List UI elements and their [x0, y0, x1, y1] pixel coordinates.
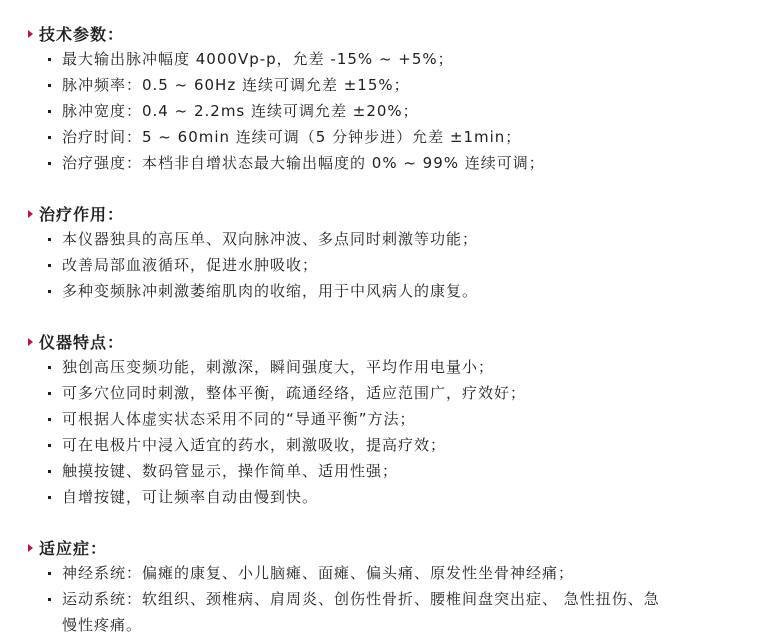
- list-item-text: 自增按键，可让频率自动由慢到快。: [62, 484, 318, 510]
- list-item-text: 治疗时间：5 ~ 60min 连续可调（5 分钟步进）允差 ±1min；: [62, 124, 521, 150]
- bullet-square-icon: [48, 418, 51, 421]
- bullet-square-icon: [48, 264, 51, 267]
- bullet-square-icon: [48, 392, 51, 395]
- section: 适应症： 神经系统：偏瘫的康复、小儿脑瘫、面瘫、偏头痛、原发性坐骨神经痛； 运动…: [28, 534, 740, 633]
- list-item: 可在电极片中浸入适宜的药水，刺激吸收，提高疗效；: [48, 432, 740, 458]
- bullet-square-icon: [48, 290, 51, 293]
- bullet-square-icon: [48, 238, 51, 241]
- list-item: 多种变频脉冲刺激萎缩肌肉的收缩，用于中风病人的康复。: [48, 278, 740, 304]
- bullet-square-icon: [48, 366, 51, 369]
- list-item: 触摸按键、数码管显示，操作简单、适用性强；: [48, 458, 740, 484]
- section-arrow-icon: [28, 210, 33, 218]
- bullet-square-icon: [48, 496, 51, 499]
- section-item-list: 独创高压变频功能，刺激深，瞬间强度大，平均作用电量小； 可多穴位同时刺激，整体平…: [28, 354, 740, 510]
- list-item-text: 可在电极片中浸入适宜的药水，刺激吸收，提高疗效；: [62, 432, 446, 458]
- list-item-text: 神经系统：偏瘫的康复、小儿脑瘫、面瘫、偏头痛、原发性坐骨神经痛；: [62, 560, 574, 586]
- list-item: 脉冲频率：0.5 ~ 60Hz 连续可调允差 ±15%；: [48, 72, 740, 98]
- section-title: 技术参数：: [39, 22, 124, 45]
- list-item: 改善局部血液循环，促进水肿吸收；: [48, 252, 740, 278]
- section-arrow-icon: [28, 338, 33, 346]
- list-item: 可多穴位同时刺激，整体平衡，疏通经络，适应范围广，疗效好；: [48, 380, 740, 406]
- list-item-text: 可多穴位同时刺激，整体平衡，疏通经络，适应范围广，疗效好；: [62, 380, 526, 406]
- list-item-text: 可根据人体虚实状态采用不同的“导通平衡”方法；: [62, 406, 416, 432]
- list-item: 最大输出脉冲幅度 4000Vp-p，允差 -15% ~ +5%；: [48, 46, 740, 72]
- bullet-square-icon: [48, 470, 51, 473]
- section-item-list: 最大输出脉冲幅度 4000Vp-p，允差 -15% ~ +5%； 脉冲频率：0.…: [28, 46, 740, 176]
- list-item-text: 本仪器独具的高压单、双向脉冲波、多点同时刺激等功能；: [62, 226, 478, 252]
- section: 治疗作用： 本仪器独具的高压单、双向脉冲波、多点同时刺激等功能； 改善局部血液循…: [28, 200, 740, 304]
- list-item-text: 脉冲宽度：0.4 ~ 2.2ms 连续可调允差 ±20%；: [62, 98, 419, 124]
- list-item: 治疗时间：5 ~ 60min 连续可调（5 分钟步进）允差 ±1min；: [48, 124, 740, 150]
- list-item-text: 治疗强度：本档非自增状态最大输出幅度的 0% ~ 99% 连续可调；: [62, 150, 545, 176]
- section-header: 适应症：: [28, 534, 740, 560]
- list-item: 运动系统：软组织、颈椎病、肩周炎、创伤性骨折、腰椎间盘突出症、 急性扭伤、急慢性…: [48, 586, 740, 633]
- bullet-square-icon: [48, 444, 51, 447]
- section: 技术参数： 最大输出脉冲幅度 4000Vp-p，允差 -15% ~ +5%； 脉…: [28, 20, 740, 176]
- section-item-list: 神经系统：偏瘫的康复、小儿脑瘫、面瘫、偏头痛、原发性坐骨神经痛； 运动系统：软组…: [28, 560, 740, 633]
- bullet-square-icon: [48, 598, 51, 601]
- list-item-text: 改善局部血液循环，促进水肿吸收；: [62, 252, 318, 278]
- list-item: 本仪器独具的高压单、双向脉冲波、多点同时刺激等功能；: [48, 226, 740, 252]
- list-item-text: 运动系统：软组织、颈椎病、肩周炎、创伤性骨折、腰椎间盘突出症、 急性扭伤、急慢性…: [62, 586, 674, 633]
- list-item-text: 最大输出脉冲幅度 4000Vp-p，允差 -15% ~ +5%；: [62, 46, 454, 72]
- list-item: 神经系统：偏瘫的康复、小儿脑瘫、面瘫、偏头痛、原发性坐骨神经痛；: [48, 560, 740, 586]
- list-item-text: 多种变频脉冲刺激萎缩肌肉的收缩，用于中风病人的康复。: [62, 278, 478, 304]
- section-title: 治疗作用：: [39, 202, 124, 225]
- section-title: 适应症：: [39, 536, 107, 559]
- bullet-square-icon: [48, 110, 51, 113]
- list-item-text: 独创高压变频功能，刺激深，瞬间强度大，平均作用电量小；: [62, 354, 494, 380]
- section-header: 仪器特点：: [28, 328, 740, 354]
- list-item: 可根据人体虚实状态采用不同的“导通平衡”方法；: [48, 406, 740, 432]
- list-item: 独创高压变频功能，刺激深，瞬间强度大，平均作用电量小；: [48, 354, 740, 380]
- section-item-list: 本仪器独具的高压单、双向脉冲波、多点同时刺激等功能； 改善局部血液循环，促进水肿…: [28, 226, 740, 304]
- list-item: 治疗强度：本档非自增状态最大输出幅度的 0% ~ 99% 连续可调；: [48, 150, 740, 176]
- section-header: 治疗作用：: [28, 200, 740, 226]
- bullet-square-icon: [48, 162, 51, 165]
- list-item: 自增按键，可让频率自动由慢到快。: [48, 484, 740, 510]
- bullet-square-icon: [48, 136, 51, 139]
- list-item: 脉冲宽度：0.4 ~ 2.2ms 连续可调允差 ±20%；: [48, 98, 740, 124]
- section: 仪器特点： 独创高压变频功能，刺激深，瞬间强度大，平均作用电量小； 可多穴位同时…: [28, 328, 740, 510]
- list-item-text: 触摸按键、数码管显示，操作简单、适用性强；: [62, 458, 398, 484]
- bullet-square-icon: [48, 84, 51, 87]
- bullet-square-icon: [48, 572, 51, 575]
- section-title: 仪器特点：: [39, 330, 124, 353]
- section-header: 技术参数：: [28, 20, 740, 46]
- bullet-square-icon: [48, 58, 51, 61]
- list-item-text: 脉冲频率：0.5 ~ 60Hz 连续可调允差 ±15%；: [62, 72, 410, 98]
- content: 技术参数： 最大输出脉冲幅度 4000Vp-p，允差 -15% ~ +5%； 脉…: [0, 0, 765, 633]
- section-arrow-icon: [28, 30, 33, 38]
- section-arrow-icon: [28, 544, 33, 552]
